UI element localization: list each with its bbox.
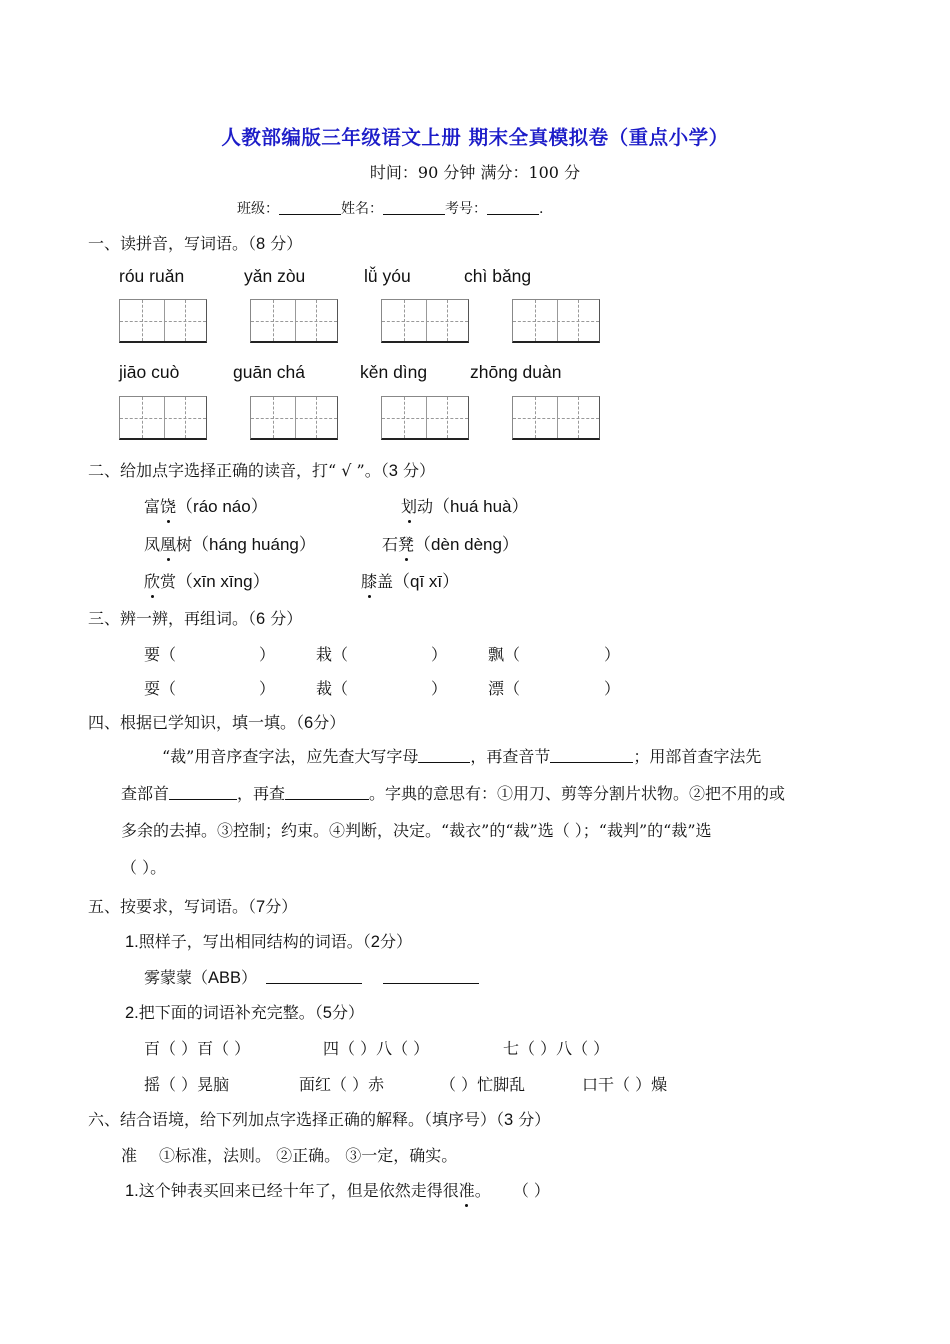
item-pre: 凤 [144, 535, 160, 554]
close-paren: ） [604, 676, 620, 699]
writing-grid-7[interactable] [381, 396, 469, 440]
section-5-score: 7 [256, 898, 265, 916]
id-label: 考号： [445, 201, 487, 217]
item-pre: 石 [382, 535, 398, 554]
pinyin-7: kěn dìng [360, 362, 427, 383]
dotted-char: 准 [459, 1178, 475, 1201]
definition-line: 准①标准，法则。 ②正确。 ③一定，确实。 [121, 1143, 457, 1166]
id-field[interactable] [487, 200, 539, 215]
q-text-end: 。 [475, 1181, 491, 1200]
q-text: 把下面的词语补充完整。（ [139, 1003, 323, 1022]
idiom-2[interactable]: 四（ ）八（ ） [323, 1036, 429, 1059]
section-6-heading: 六、结合语境，给下列加点字选择正确的解释。（填序号）（3 分） [88, 1107, 550, 1130]
exam-title: 人教部编版三年级语文上册 期末全真模拟卷（重点小学） [0, 122, 950, 150]
section-3-score: 6 [256, 610, 265, 628]
section-2-text: 二、给加点字选择正确的读音，打“ √ ”。（ [88, 461, 389, 480]
char-label: 漂（ [488, 679, 520, 698]
radical-blank[interactable] [169, 783, 237, 800]
q-score: 5 [323, 1004, 332, 1022]
q-score: 2 [371, 933, 380, 951]
dotted-char: 凳 [398, 532, 414, 555]
class-label: 班级： [237, 201, 279, 217]
pronunciation-options[interactable]: （xīn xīng） [176, 572, 270, 591]
writing-grid-1[interactable] [119, 299, 207, 343]
abb-answer-2[interactable] [383, 967, 479, 984]
reading-item-3: 凤凰树（háng huáng） [144, 530, 316, 555]
section-1-text: 一、读拼音，写词语。（ [88, 234, 256, 253]
char-label: 栽（ [316, 645, 348, 664]
syllable-blank[interactable] [550, 746, 633, 763]
pinyin-3: lǚ yóu [364, 266, 411, 287]
reading-item-1: 富饶（ráo náo） [144, 492, 268, 517]
section-6-q1: 1.这个钟表买回来已经十年了，但是依然走得很准。（ ） [125, 1178, 550, 1201]
section-1-unit: 分） [265, 234, 302, 253]
text: “裁”用音序查字法，应先查大写字母 [162, 747, 418, 766]
writing-grid-6[interactable] [250, 396, 338, 440]
pattern: ABB [208, 969, 241, 987]
target-word: 准 [121, 1146, 137, 1165]
item-post: 赏 [160, 572, 176, 591]
q-unit: 分） [380, 932, 412, 951]
student-info-line: 班级：姓名：考号：. [237, 198, 543, 218]
writing-grid-2[interactable] [250, 299, 338, 343]
section-5-unit: 分） [265, 897, 297, 916]
section-4-unit: 分） [313, 713, 345, 732]
word-group-1-1[interactable]: 要（ [144, 642, 176, 665]
q-text: 这个钟表买回来已经十年了，但是依然走得很 [139, 1181, 459, 1200]
close-paren: ） [431, 642, 447, 665]
section-1-score: 8 [256, 235, 265, 253]
char-label: 要（ [144, 645, 176, 664]
section-5-heading: 五、按要求，写词语。（7分） [88, 894, 297, 917]
idiom-7[interactable]: 口干（ ）燥 [582, 1072, 667, 1095]
char-label: 裁（ [316, 679, 348, 698]
writing-grid-4[interactable] [512, 299, 600, 343]
close-paren: ） [604, 642, 620, 665]
text: ；用部首查字法先 [633, 747, 761, 766]
name-label: 姓名： [341, 201, 383, 217]
pinyin-1: róu ruǎn [119, 266, 184, 287]
pinyin-4: chì bǎng [464, 266, 531, 287]
section-4-heading: 四、根据已学知识，填一填。（6分） [88, 710, 345, 733]
item-pre: 富 [144, 497, 160, 516]
meanings-list: ①标准，法则。 ②正确。 ③一定，确实。 [159, 1146, 457, 1165]
answer-blank[interactable]: （ ） [513, 1181, 550, 1200]
section-4-line-1: “裁”用音序查字法，应先查大写字母，再查音节；用部首查字法先 [162, 738, 761, 775]
section-6-text: 六、结合语境，给下列加点字选择正确的解释。（填序号）（ [88, 1110, 504, 1129]
char-label: 耍（ [144, 679, 176, 698]
close-paren: ） [431, 676, 447, 699]
q-num: 2. [125, 1004, 139, 1022]
q-num: 1. [125, 933, 139, 951]
item-post: 树 [176, 535, 192, 554]
pinyin-2: yǎn zòu [244, 266, 305, 287]
dotted-char: 划 [401, 494, 417, 517]
dotted-char: 凰 [160, 532, 176, 555]
section-4-line-4[interactable]: （ ）。 [121, 849, 166, 886]
section-5-q2: 2.把下面的词语补充完整。（5分） [125, 1000, 364, 1023]
pinyin-8: zhōng duàn [470, 362, 561, 383]
close-paren: ） [259, 676, 275, 699]
writing-grid-3[interactable] [381, 299, 469, 343]
idiom-1[interactable]: 百（ ）百（ ） [144, 1036, 250, 1059]
reading-item-4: 石凳（dèn dèng） [382, 530, 519, 555]
pronunciation-options[interactable]: （ráo náo） [176, 497, 268, 516]
pinyin-5: jiāo cuò [119, 362, 179, 383]
section-5-text: 五、按要求，写词语。（ [88, 897, 256, 916]
section-5-example: 雾蒙蒙（ABB） [144, 965, 479, 988]
section-3-text: 三、辨一辨，再组词。（ [88, 609, 256, 628]
text: 。字典的意思有：①用刀、剪等分割片状物。②把不用的或 [369, 784, 785, 803]
char-label: 飘（ [488, 645, 520, 664]
section-2-unit: 分） [398, 461, 435, 480]
pinyin-6: guān chá [233, 362, 305, 383]
close-paren: ） [259, 642, 275, 665]
section-2-score: 3 [389, 462, 398, 480]
section-5-q1: 1.照样子，写出相同结构的词语。（2分） [125, 929, 412, 952]
dotted-char: 饶 [160, 494, 176, 517]
idiom-3[interactable]: 七（ ）八（ ） [503, 1036, 609, 1059]
pronunciation-options[interactable]: （háng huáng） [192, 535, 316, 554]
close-paren: ） [241, 968, 257, 987]
reading-item-5: 欣赏（xīn xīng） [144, 567, 270, 592]
dotted-char: 膝 [361, 569, 377, 592]
writing-grid-8[interactable] [512, 396, 600, 440]
text: 查部首 [121, 784, 169, 803]
section-3-unit: 分） [265, 609, 302, 628]
section-6-unit: 分） [513, 1110, 550, 1129]
item-post: 盖 [377, 572, 393, 591]
writing-grid-5[interactable] [119, 396, 207, 440]
text: ，再查 [237, 784, 285, 803]
q-unit: 分） [332, 1003, 364, 1022]
reading-item-6: 膝盖（qī xī） [361, 567, 459, 592]
pronunciation-options[interactable]: （dèn dèng） [414, 535, 519, 554]
item-post: 动 [417, 497, 433, 516]
idiom-6[interactable]: （ ）忙脚乱 [440, 1072, 525, 1095]
example-word: 雾蒙蒙（ [144, 968, 208, 987]
exam-time-and-score: 时间：90 分钟 满分：100 分 [0, 160, 950, 183]
idiom-5[interactable]: 面红（ ）赤 [299, 1072, 384, 1095]
stroke-count-blank[interactable] [285, 783, 369, 800]
word-group-1-2[interactable]: 栽（ [316, 642, 348, 665]
section-4-line-2: 查部首，再查。字典的意思有：①用刀、剪等分割片状物。②把不用的或 [121, 775, 785, 812]
name-field[interactable] [383, 200, 445, 215]
pronunciation-options[interactable]: （huá huà） [433, 497, 528, 516]
pronunciation-options[interactable]: （qī xī） [393, 572, 459, 591]
q-num: 1. [125, 1182, 139, 1200]
class-field[interactable] [279, 200, 341, 215]
idiom-4[interactable]: 摇（ ）晃脑 [144, 1072, 229, 1095]
word-group-1-3[interactable]: 飘（ [488, 642, 520, 665]
word-group-2-1[interactable]: 耍（ [144, 676, 176, 699]
info-end: . [539, 201, 543, 217]
section-3-heading: 三、辨一辨，再组词。（6 分） [88, 606, 302, 629]
section-6-score: 3 [504, 1111, 513, 1129]
text: ，再查音节 [470, 747, 550, 766]
dotted-char: 欣 [144, 569, 160, 592]
section-4-score: 6 [304, 714, 313, 732]
word-group-2-2[interactable]: 裁（ [316, 676, 348, 699]
section-2-heading: 二、给加点字选择正确的读音，打“ √ ”。（3 分） [88, 458, 435, 481]
q-text: 照样子，写出相同结构的词语。（ [139, 932, 371, 951]
word-group-2-3[interactable]: 漂（ [488, 676, 520, 699]
reading-item-2: 划动（huá huà） [401, 492, 528, 517]
initial-letter-blank[interactable] [418, 746, 470, 763]
section-4-line-3[interactable]: 多余的去掉。③控制；约束。④判断，决定。“裁衣”的“裁”选（ ）；“裁判”的“裁… [121, 812, 712, 849]
abb-answer-1[interactable] [266, 967, 362, 984]
section-4-text: 四、根据已学知识，填一填。（ [88, 713, 304, 732]
section-1-heading: 一、读拼音，写词语。（8 分） [88, 231, 302, 254]
